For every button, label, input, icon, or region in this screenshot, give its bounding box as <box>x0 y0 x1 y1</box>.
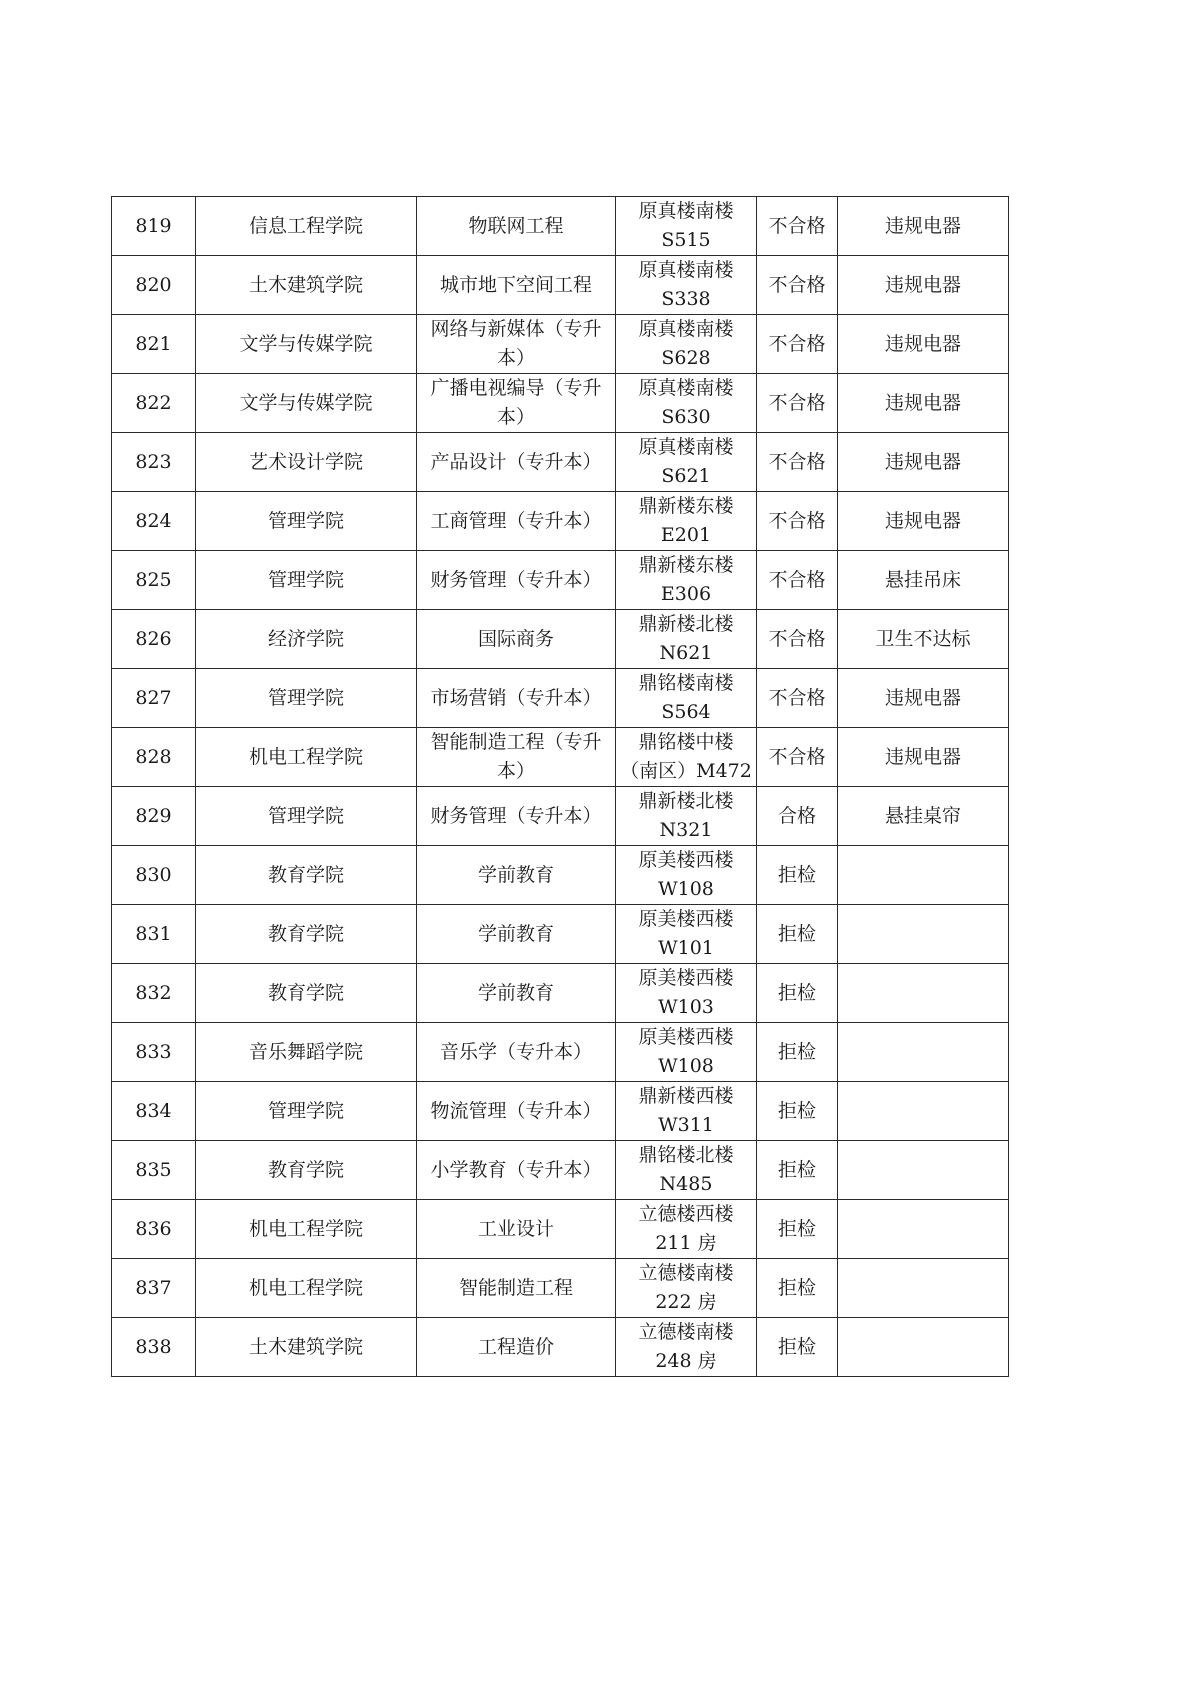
note-cell: 卫生不达标 <box>838 610 1009 669</box>
college-name: 艺术设计学院 <box>198 448 414 477</box>
inspection-result: 不合格 <box>759 389 835 418</box>
table-row: 834管理学院物流管理（专升本）鼎新楼西楼W311拒检 <box>112 1082 1009 1141</box>
dorm-room-number: S338 <box>618 285 754 314</box>
college-cell: 机电工程学院 <box>196 1259 417 1318</box>
note-cell <box>838 964 1009 1023</box>
major-cell: 物联网工程 <box>417 197 616 256</box>
major-name: 财务管理（专升本） <box>419 566 613 595</box>
major-cell: 产品设计（专升本） <box>417 433 616 492</box>
major-name: 智能制造工程（专升本） <box>419 728 613 786</box>
row-number-cell: 835 <box>112 1141 196 1200</box>
inspection-result: 拒检 <box>759 861 835 890</box>
college-cell: 教育学院 <box>196 846 417 905</box>
major-cell: 智能制造工程（专升本） <box>417 728 616 787</box>
table-row: 826经济学院国际商务鼎新楼北楼N621不合格卫生不达标 <box>112 610 1009 669</box>
row-number-cell: 823 <box>112 433 196 492</box>
note-cell <box>838 1082 1009 1141</box>
major-name: 音乐学（专升本） <box>419 1038 613 1067</box>
row-number: 833 <box>114 1038 193 1067</box>
dorm-building: 原美楼西楼 <box>618 905 754 934</box>
table-row: 838土木建筑学院工程造价立德楼南楼248 房拒检 <box>112 1318 1009 1377</box>
dorm-room-cell: 鼎新楼北楼N321 <box>616 787 757 846</box>
dorm-room-number: N485 <box>618 1170 754 1199</box>
college-name: 机电工程学院 <box>198 743 414 772</box>
college-cell: 教育学院 <box>196 905 417 964</box>
college-cell: 音乐舞蹈学院 <box>196 1023 417 1082</box>
inspection-result-cell: 合格 <box>757 787 838 846</box>
table-row: 821文学与传媒学院网络与新媒体（专升本）原真楼南楼S628不合格违规电器 <box>112 315 1009 374</box>
major-cell: 工商管理（专升本） <box>417 492 616 551</box>
table-row: 835教育学院小学教育（专升本）鼎铭楼北楼N485拒检 <box>112 1141 1009 1200</box>
inspection-result-cell: 不合格 <box>757 610 838 669</box>
inspection-result-cell: 不合格 <box>757 256 838 315</box>
dorm-building: 立德楼西楼 <box>618 1200 754 1229</box>
major-name: 智能制造工程 <box>419 1274 613 1303</box>
dorm-room-cell: 原美楼西楼W108 <box>616 1023 757 1082</box>
inspection-result: 拒检 <box>759 1038 835 1067</box>
note-cell <box>838 905 1009 964</box>
row-number: 836 <box>114 1215 193 1244</box>
inspection-result-cell: 不合格 <box>757 197 838 256</box>
college-cell: 文学与传媒学院 <box>196 315 417 374</box>
major-name: 网络与新媒体（专升本） <box>419 315 613 373</box>
row-number: 837 <box>114 1274 193 1303</box>
major-name: 物流管理（专升本） <box>419 1097 613 1126</box>
table-body: 819信息工程学院物联网工程原真楼南楼S515不合格违规电器820土木建筑学院城… <box>112 197 1009 1377</box>
violation-note: 违规电器 <box>840 448 1006 477</box>
college-cell: 管理学院 <box>196 492 417 551</box>
college-cell: 管理学院 <box>196 787 417 846</box>
major-cell: 学前教育 <box>417 964 616 1023</box>
row-number-cell: 832 <box>112 964 196 1023</box>
dorm-room-number: 248 房 <box>618 1347 754 1376</box>
college-cell: 管理学院 <box>196 551 417 610</box>
row-number: 834 <box>114 1097 193 1126</box>
row-number: 827 <box>114 684 193 713</box>
inspection-result-cell: 拒检 <box>757 1023 838 1082</box>
dorm-building: 鼎铭楼南楼 <box>618 669 754 698</box>
dorm-room-cell: 鼎新楼东楼E201 <box>616 492 757 551</box>
major-name: 学前教育 <box>419 979 613 1008</box>
college-cell: 艺术设计学院 <box>196 433 417 492</box>
dorm-building: 原真楼南楼 <box>618 433 754 462</box>
row-number-cell: 833 <box>112 1023 196 1082</box>
row-number: 820 <box>114 271 193 300</box>
dorm-room-number: 222 房 <box>618 1288 754 1317</box>
violation-note: 违规电器 <box>840 212 1006 241</box>
row-number: 835 <box>114 1156 193 1185</box>
note-cell: 悬挂吊床 <box>838 551 1009 610</box>
inspection-result: 不合格 <box>759 212 835 241</box>
dorm-room-number: W311 <box>618 1111 754 1140</box>
table-row: 819信息工程学院物联网工程原真楼南楼S515不合格违规电器 <box>112 197 1009 256</box>
college-name: 机电工程学院 <box>198 1215 414 1244</box>
table-row: 820土木建筑学院城市地下空间工程原真楼南楼S338不合格违规电器 <box>112 256 1009 315</box>
dorm-room-cell: 原真楼南楼S628 <box>616 315 757 374</box>
inspection-result: 合格 <box>759 802 835 831</box>
college-cell: 教育学院 <box>196 964 417 1023</box>
violation-note: 违规电器 <box>840 684 1006 713</box>
inspection-result-cell: 拒检 <box>757 846 838 905</box>
note-cell <box>838 1259 1009 1318</box>
row-number-cell: 831 <box>112 905 196 964</box>
inspection-result-cell: 拒检 <box>757 905 838 964</box>
dorm-room-cell: 鼎新楼东楼E306 <box>616 551 757 610</box>
major-cell: 财务管理（专升本） <box>417 787 616 846</box>
dorm-room-cell: 原真楼南楼S630 <box>616 374 757 433</box>
dorm-room-number: S564 <box>618 698 754 727</box>
violation-note: 违规电器 <box>840 507 1006 536</box>
row-number-cell: 829 <box>112 787 196 846</box>
major-cell: 工程造价 <box>417 1318 616 1377</box>
major-name: 城市地下空间工程 <box>419 271 613 300</box>
inspection-result-cell: 不合格 <box>757 374 838 433</box>
inspection-result: 不合格 <box>759 507 835 536</box>
college-name: 教育学院 <box>198 920 414 949</box>
dorm-room-number: S515 <box>618 226 754 255</box>
table-row: 829管理学院财务管理（专升本）鼎新楼北楼N321合格悬挂桌帘 <box>112 787 1009 846</box>
dorm-building: 立德楼南楼 <box>618 1259 754 1288</box>
inspection-result-cell: 拒检 <box>757 964 838 1023</box>
dorm-room-cell: 立德楼南楼222 房 <box>616 1259 757 1318</box>
row-number-cell: 821 <box>112 315 196 374</box>
dorm-building: 原真楼南楼 <box>618 197 754 226</box>
inspection-result: 不合格 <box>759 566 835 595</box>
college-name: 文学与传媒学院 <box>198 389 414 418</box>
row-number: 829 <box>114 802 193 831</box>
dorm-room-cell: 原真楼南楼S338 <box>616 256 757 315</box>
row-number-cell: 825 <box>112 551 196 610</box>
note-cell: 悬挂桌帘 <box>838 787 1009 846</box>
table-row: 822文学与传媒学院广播电视编导（专升本）原真楼南楼S630不合格违规电器 <box>112 374 1009 433</box>
inspection-result-cell: 拒检 <box>757 1082 838 1141</box>
row-number: 831 <box>114 920 193 949</box>
college-name: 土木建筑学院 <box>198 271 414 300</box>
document-page: 819信息工程学院物联网工程原真楼南楼S515不合格违规电器820土木建筑学院城… <box>0 0 1191 1684</box>
college-name: 管理学院 <box>198 566 414 595</box>
college-name: 管理学院 <box>198 802 414 831</box>
row-number-cell: 824 <box>112 492 196 551</box>
row-number-cell: 834 <box>112 1082 196 1141</box>
inspection-result: 拒检 <box>759 920 835 949</box>
major-name: 市场营销（专升本） <box>419 684 613 713</box>
inspection-result: 拒检 <box>759 1274 835 1303</box>
dorm-room-cell: 鼎铭楼南楼S564 <box>616 669 757 728</box>
dorm-room-number: 211 房 <box>618 1229 754 1258</box>
dorm-room-number: E306 <box>618 580 754 609</box>
dorm-building: 鼎新楼西楼 <box>618 1082 754 1111</box>
major-name: 财务管理（专升本） <box>419 802 613 831</box>
major-name: 产品设计（专升本） <box>419 448 613 477</box>
dorm-room-cell: 鼎铭楼北楼N485 <box>616 1141 757 1200</box>
violation-note: 卫生不达标 <box>840 625 1006 654</box>
major-name: 学前教育 <box>419 920 613 949</box>
note-cell <box>838 1318 1009 1377</box>
table-row: 825管理学院财务管理（专升本）鼎新楼东楼E306不合格悬挂吊床 <box>112 551 1009 610</box>
note-cell: 违规电器 <box>838 433 1009 492</box>
note-cell <box>838 1023 1009 1082</box>
major-cell: 国际商务 <box>417 610 616 669</box>
violation-note: 悬挂桌帘 <box>840 802 1006 831</box>
violation-note: 违规电器 <box>840 389 1006 418</box>
college-cell: 文学与传媒学院 <box>196 374 417 433</box>
major-cell: 市场营销（专升本） <box>417 669 616 728</box>
college-name: 经济学院 <box>198 625 414 654</box>
inspection-result-cell: 不合格 <box>757 315 838 374</box>
violation-note: 违规电器 <box>840 271 1006 300</box>
row-number-cell: 822 <box>112 374 196 433</box>
major-name: 广播电视编导（专升本） <box>419 374 613 432</box>
inspection-result: 不合格 <box>759 330 835 359</box>
table-row: 830教育学院学前教育原美楼西楼W108拒检 <box>112 846 1009 905</box>
college-cell: 信息工程学院 <box>196 197 417 256</box>
dorm-room-cell: 原真楼南楼S621 <box>616 433 757 492</box>
inspection-result: 拒检 <box>759 1215 835 1244</box>
row-number: 825 <box>114 566 193 595</box>
college-name: 教育学院 <box>198 861 414 890</box>
college-name: 土木建筑学院 <box>198 1333 414 1362</box>
table-row: 836机电工程学院工业设计立德楼西楼211 房拒检 <box>112 1200 1009 1259</box>
dorm-room-cell: 鼎铭楼中楼（南区）M472 <box>616 728 757 787</box>
violation-note: 违规电器 <box>840 743 1006 772</box>
dorm-room-number: W103 <box>618 993 754 1022</box>
dorm-building: 鼎新楼东楼 <box>618 551 754 580</box>
row-number: 824 <box>114 507 193 536</box>
dorm-building: 鼎新楼北楼 <box>618 787 754 816</box>
dorm-building: 原美楼西楼 <box>618 846 754 875</box>
inspection-result: 拒检 <box>759 1333 835 1362</box>
college-name: 教育学院 <box>198 1156 414 1185</box>
major-name: 学前教育 <box>419 861 613 890</box>
dorm-room-number: S621 <box>618 462 754 491</box>
college-name: 管理学院 <box>198 1097 414 1126</box>
major-cell: 财务管理（专升本） <box>417 551 616 610</box>
dorm-room-number: E201 <box>618 521 754 550</box>
dorm-room-number: W108 <box>618 875 754 904</box>
college-cell: 经济学院 <box>196 610 417 669</box>
dorm-building: 原真楼南楼 <box>618 315 754 344</box>
college-cell: 管理学院 <box>196 669 417 728</box>
row-number-cell: 820 <box>112 256 196 315</box>
row-number-cell: 827 <box>112 669 196 728</box>
dorm-room-number: W108 <box>618 1052 754 1081</box>
dorm-room-cell: 原美楼西楼W108 <box>616 846 757 905</box>
dorm-building: 原美楼西楼 <box>618 1023 754 1052</box>
inspection-result-cell: 不合格 <box>757 728 838 787</box>
note-cell: 违规电器 <box>838 669 1009 728</box>
row-number: 826 <box>114 625 193 654</box>
dorm-room-cell: 立德楼南楼248 房 <box>616 1318 757 1377</box>
dorm-building: 鼎新楼东楼 <box>618 492 754 521</box>
major-name: 工商管理（专升本） <box>419 507 613 536</box>
dorm-room-cell: 立德楼西楼211 房 <box>616 1200 757 1259</box>
inspection-result: 不合格 <box>759 625 835 654</box>
major-name: 工业设计 <box>419 1215 613 1244</box>
row-number-cell: 837 <box>112 1259 196 1318</box>
college-name: 管理学院 <box>198 684 414 713</box>
dorm-building: 鼎铭楼中楼 <box>618 728 754 757</box>
row-number: 828 <box>114 743 193 772</box>
row-number-cell: 830 <box>112 846 196 905</box>
inspection-result-cell: 不合格 <box>757 492 838 551</box>
note-cell: 违规电器 <box>838 492 1009 551</box>
dorm-room-number: S630 <box>618 403 754 432</box>
inspection-result: 不合格 <box>759 271 835 300</box>
major-name: 小学教育（专升本） <box>419 1156 613 1185</box>
inspection-result-cell: 不合格 <box>757 551 838 610</box>
inspection-result-cell: 不合格 <box>757 669 838 728</box>
inspection-result: 拒检 <box>759 1097 835 1126</box>
college-name: 信息工程学院 <box>198 212 414 241</box>
major-cell: 小学教育（专升本） <box>417 1141 616 1200</box>
violation-note: 违规电器 <box>840 330 1006 359</box>
table-row: 831教育学院学前教育原美楼西楼W101拒检 <box>112 905 1009 964</box>
table-row: 828机电工程学院智能制造工程（专升本）鼎铭楼中楼（南区）M472不合格违规电器 <box>112 728 1009 787</box>
inspection-result-cell: 拒检 <box>757 1200 838 1259</box>
table-row: 837机电工程学院智能制造工程立德楼南楼222 房拒检 <box>112 1259 1009 1318</box>
row-number: 819 <box>114 212 193 241</box>
note-cell <box>838 1141 1009 1200</box>
college-cell: 教育学院 <box>196 1141 417 1200</box>
dorm-room-number: W101 <box>618 934 754 963</box>
row-number: 830 <box>114 861 193 890</box>
inspection-result-cell: 不合格 <box>757 433 838 492</box>
major-cell: 音乐学（专升本） <box>417 1023 616 1082</box>
college-cell: 机电工程学院 <box>196 728 417 787</box>
college-name: 教育学院 <box>198 979 414 1008</box>
major-cell: 学前教育 <box>417 846 616 905</box>
major-cell: 智能制造工程 <box>417 1259 616 1318</box>
major-cell: 网络与新媒体（专升本） <box>417 315 616 374</box>
row-number-cell: 826 <box>112 610 196 669</box>
inspection-result-cell: 拒检 <box>757 1141 838 1200</box>
row-number: 822 <box>114 389 193 418</box>
row-number: 823 <box>114 448 193 477</box>
major-cell: 城市地下空间工程 <box>417 256 616 315</box>
major-name: 国际商务 <box>419 625 613 654</box>
dorm-room-cell: 原美楼西楼W101 <box>616 905 757 964</box>
table-row: 833音乐舞蹈学院音乐学（专升本）原美楼西楼W108拒检 <box>112 1023 1009 1082</box>
dorm-room-cell: 鼎新楼西楼W311 <box>616 1082 757 1141</box>
inspection-result: 不合格 <box>759 448 835 477</box>
dorm-room-cell: 鼎新楼北楼N621 <box>616 610 757 669</box>
note-cell: 违规电器 <box>838 256 1009 315</box>
inspection-result: 不合格 <box>759 684 835 713</box>
row-number: 832 <box>114 979 193 1008</box>
college-cell: 土木建筑学院 <box>196 256 417 315</box>
major-name: 工程造价 <box>419 1333 613 1362</box>
dorm-inspection-table: 819信息工程学院物联网工程原真楼南楼S515不合格违规电器820土木建筑学院城… <box>111 196 1009 1377</box>
college-name: 机电工程学院 <box>198 1274 414 1303</box>
dorm-room-number: N621 <box>618 639 754 668</box>
dorm-building: 鼎铭楼北楼 <box>618 1141 754 1170</box>
row-number: 838 <box>114 1333 193 1362</box>
dorm-building: 立德楼南楼 <box>618 1318 754 1347</box>
inspection-result: 拒检 <box>759 1156 835 1185</box>
note-cell <box>838 846 1009 905</box>
college-cell: 土木建筑学院 <box>196 1318 417 1377</box>
inspection-result: 不合格 <box>759 743 835 772</box>
college-name: 文学与传媒学院 <box>198 330 414 359</box>
dorm-building: 原真楼南楼 <box>618 374 754 403</box>
dorm-room-number: （南区）M472 <box>618 757 754 786</box>
row-number: 821 <box>114 330 193 359</box>
note-cell <box>838 1200 1009 1259</box>
dorm-room-number: N321 <box>618 816 754 845</box>
dorm-room-number: S628 <box>618 344 754 373</box>
row-number-cell: 819 <box>112 197 196 256</box>
note-cell: 违规电器 <box>838 315 1009 374</box>
table-row: 827管理学院市场营销（专升本）鼎铭楼南楼S564不合格违规电器 <box>112 669 1009 728</box>
dorm-building: 原真楼南楼 <box>618 256 754 285</box>
note-cell: 违规电器 <box>838 374 1009 433</box>
table-row: 823艺术设计学院产品设计（专升本）原真楼南楼S621不合格违规电器 <box>112 433 1009 492</box>
major-cell: 物流管理（专升本） <box>417 1082 616 1141</box>
major-cell: 广播电视编导（专升本） <box>417 374 616 433</box>
college-cell: 机电工程学院 <box>196 1200 417 1259</box>
major-name: 物联网工程 <box>419 212 613 241</box>
violation-note: 悬挂吊床 <box>840 566 1006 595</box>
inspection-result: 拒检 <box>759 979 835 1008</box>
dorm-room-cell: 原美楼西楼W103 <box>616 964 757 1023</box>
table-row: 832教育学院学前教育原美楼西楼W103拒检 <box>112 964 1009 1023</box>
dorm-room-cell: 原真楼南楼S515 <box>616 197 757 256</box>
college-name: 管理学院 <box>198 507 414 536</box>
inspection-result-cell: 拒检 <box>757 1259 838 1318</box>
note-cell: 违规电器 <box>838 728 1009 787</box>
note-cell: 违规电器 <box>838 197 1009 256</box>
major-cell: 工业设计 <box>417 1200 616 1259</box>
inspection-result-cell: 拒检 <box>757 1318 838 1377</box>
table-row: 824管理学院工商管理（专升本）鼎新楼东楼E201不合格违规电器 <box>112 492 1009 551</box>
row-number-cell: 838 <box>112 1318 196 1377</box>
college-name: 音乐舞蹈学院 <box>198 1038 414 1067</box>
major-cell: 学前教育 <box>417 905 616 964</box>
college-cell: 管理学院 <box>196 1082 417 1141</box>
dorm-building: 原美楼西楼 <box>618 964 754 993</box>
row-number-cell: 828 <box>112 728 196 787</box>
dorm-building: 鼎新楼北楼 <box>618 610 754 639</box>
row-number-cell: 836 <box>112 1200 196 1259</box>
